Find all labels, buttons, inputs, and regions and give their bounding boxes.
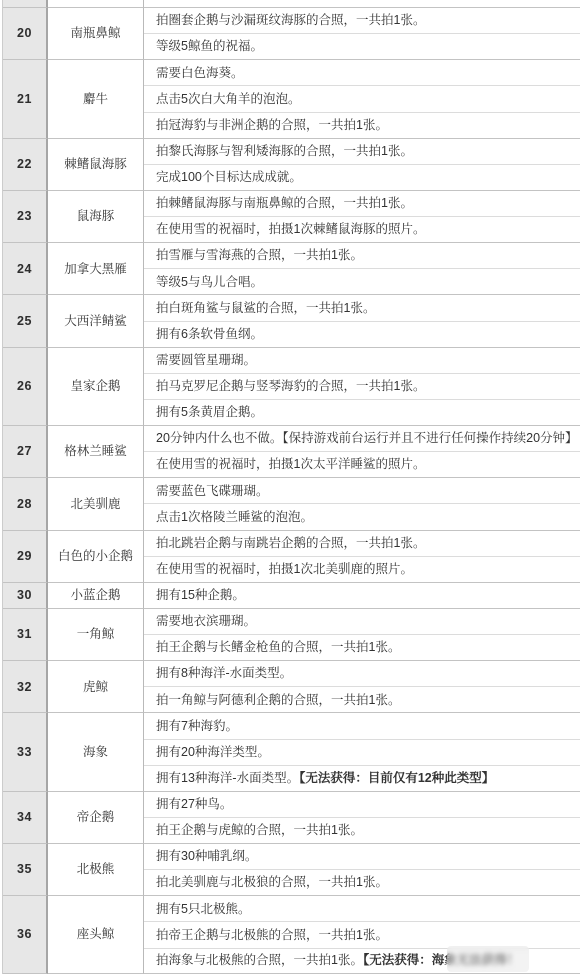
table-row: 24 加拿大黑雁 拍雪雁与雪海燕的合照，一共拍1张。 bbox=[3, 242, 580, 268]
table-row: 29 白色的小企鹅 拍北跳岩企鹅与南跳岩企鹅的合照，一共拍1张。 bbox=[3, 530, 580, 556]
task-cell: 拍帝王企鹅与北极熊的合照，一共拍1张。 bbox=[144, 921, 580, 947]
task-cell: 拍冠海豹与非洲企鹅的合照，一共拍1张。 bbox=[144, 112, 580, 138]
animal-name-cell bbox=[48, 0, 144, 7]
task-text: 拍马克罗尼企鹅与竖琴海豹的合照，一共拍1张。 bbox=[156, 379, 425, 393]
task-cell: 需要圆管星珊瑚。 bbox=[144, 347, 580, 373]
task-text: 拍棘鳍鼠海豚与南瓶鼻鲸的合照，一共拍1张。 bbox=[156, 196, 413, 210]
task-cell: 拍圈套企鹅与沙漏斑纹海豚的合照，一共拍1张。 bbox=[144, 7, 580, 33]
task-text: 需要圆管星珊瑚。 bbox=[156, 353, 256, 367]
task-cell: 需要白色海葵。 bbox=[144, 59, 580, 85]
table-row: 32 虎鲸 拥有8种海洋-水面类型。 bbox=[3, 660, 580, 686]
animal-name-cell: 北美驯鹿 bbox=[48, 477, 144, 529]
task-text: 完成100个目标达成成就。 bbox=[156, 170, 302, 184]
task-text: 在使用雪的祝福时，拍摄1次棘鳍鼠海豚的照片。 bbox=[156, 222, 425, 236]
task-text: 拍白斑角鲨与鼠鲨的合照，一共拍1张。 bbox=[156, 301, 375, 315]
row-number-cell: 36 bbox=[3, 895, 48, 973]
task-cell: 拥有6条软骨鱼纲。 bbox=[144, 321, 580, 347]
animal-name-cell: 皇家企鹅 bbox=[48, 347, 144, 425]
row-number-cell: 34 bbox=[3, 791, 48, 843]
achievements-table: 20 南瓶鼻鲸 拍圈套企鹅与沙漏斑纹海豚的合照，一共拍1张。 等级5鲸鱼的祝福。… bbox=[2, 0, 580, 974]
task-cell: 在使用雪的祝福时，拍摄1次棘鳍鼠海豚的照片。 bbox=[144, 216, 580, 242]
task-cell bbox=[144, 0, 580, 7]
task-cell: 拍王企鹅与长鳍金枪鱼的合照，一共拍1张。 bbox=[144, 634, 580, 660]
task-cell: 拍海象与北极熊的合照，一共拍1张。【无法获得：海象无法获得！ bbox=[144, 948, 580, 974]
table-row: 21 麝牛 需要白色海葵。 bbox=[3, 59, 580, 85]
task-cell: 在使用雪的祝福时，拍摄1次北美驯鹿的照片。 bbox=[144, 556, 580, 582]
row-number-cell: 27 bbox=[3, 425, 48, 477]
task-cell: 拥有30种哺乳纲。 bbox=[144, 843, 580, 869]
task-text: 拍北跳岩企鹅与南跳岩企鹅的合照，一共拍1张。 bbox=[156, 536, 425, 550]
table-row: 31 一角鲸 需要地衣滨珊瑚。 bbox=[3, 608, 580, 634]
task-text: 拍一角鲸与阿德利企鹅的合照，一共拍1张。 bbox=[156, 693, 400, 707]
animal-name-cell: 北极熊 bbox=[48, 843, 144, 895]
task-text: 等级5与鸟儿合唱。 bbox=[156, 275, 263, 289]
task-cell: 拍白斑角鲨与鼠鲨的合照，一共拍1张。 bbox=[144, 294, 580, 320]
task-cell: 完成100个目标达成成就。 bbox=[144, 164, 580, 190]
row-number-cell: 22 bbox=[3, 138, 48, 190]
task-cell: 拥有5只北极熊。 bbox=[144, 895, 580, 921]
row-number-cell: 21 bbox=[3, 59, 48, 137]
table-row: 20 南瓶鼻鲸 拍圈套企鹅与沙漏斑纹海豚的合照，一共拍1张。 bbox=[3, 7, 580, 33]
task-cell: 拍北跳岩企鹅与南跳岩企鹅的合照，一共拍1张。 bbox=[144, 530, 580, 556]
animal-name-cell: 白色的小企鹅 bbox=[48, 530, 144, 582]
row-number-cell: 33 bbox=[3, 712, 48, 790]
task-text: 拥有6条软骨鱼纲。 bbox=[156, 327, 263, 341]
animal-name-cell: 小蓝企鹅 bbox=[48, 582, 144, 608]
animal-name-cell: 帝企鹅 bbox=[48, 791, 144, 843]
animal-name-cell: 海象 bbox=[48, 712, 144, 790]
task-text: 在使用雪的祝福时，拍摄1次太平洋睡鲨的照片。 bbox=[156, 457, 425, 471]
task-cell: 拥有5条黄眉企鹅。 bbox=[144, 399, 580, 425]
task-text: 拥有30种哺乳纲。 bbox=[156, 849, 257, 863]
animal-name-cell: 棘鳍鼠海豚 bbox=[48, 138, 144, 190]
row-number-cell: 24 bbox=[3, 242, 48, 294]
task-text: 拥有27种鸟。 bbox=[156, 797, 232, 811]
task-cell: 拥有15种企鹅。 bbox=[144, 582, 580, 608]
task-cell: 点击1次格陵兰睡鲨的泡泡。 bbox=[144, 503, 580, 529]
table-row: 25 大西洋鲭鲨 拍白斑角鲨与鼠鲨的合照，一共拍1张。 bbox=[3, 294, 580, 320]
task-cell: 拍雪雁与雪海燕的合照，一共拍1张。 bbox=[144, 242, 580, 268]
task-cell: 拍棘鳍鼠海豚与南瓶鼻鲸的合照，一共拍1张。 bbox=[144, 190, 580, 216]
task-cell: 拥有8种海洋-水面类型。 bbox=[144, 660, 580, 686]
task-text: 拥有8种海洋-水面类型。 bbox=[156, 666, 292, 680]
task-cell: 拍马克罗尼企鹅与竖琴海豹的合照，一共拍1张。 bbox=[144, 373, 580, 399]
row-number-cell: 35 bbox=[3, 843, 48, 895]
table-row: 22 棘鳍鼠海豚 拍黎氏海豚与智利矮海豚的合照，一共拍1张。 bbox=[3, 138, 580, 164]
table-row: 23 鼠海豚 拍棘鳍鼠海豚与南瓶鼻鲸的合照，一共拍1张。 bbox=[3, 190, 580, 216]
task-text: 在使用雪的祝福时，拍摄1次北美驯鹿的照片。 bbox=[156, 562, 413, 576]
table-row-partial bbox=[3, 0, 580, 7]
task-text: 需要蓝色飞碟珊瑚。 bbox=[156, 484, 269, 498]
task-cell: 等级5鲸鱼的祝福。 bbox=[144, 33, 580, 59]
animal-name-cell: 南瓶鼻鲸 bbox=[48, 7, 144, 59]
task-text: 拍圈套企鹅与沙漏斑纹海豚的合照，一共拍1张。 bbox=[156, 13, 425, 27]
task-cell: 需要蓝色飞碟珊瑚。 bbox=[144, 477, 580, 503]
table-row: 34 帝企鹅 拥有27种鸟。 bbox=[3, 791, 580, 817]
task-text: 拍冠海豹与非洲企鹅的合照，一共拍1张。 bbox=[156, 118, 388, 132]
task-text: 拥有15种企鹅。 bbox=[156, 588, 245, 602]
task-cell: 拥有20种海洋类型。 bbox=[144, 739, 580, 765]
task-text: 拍北美驯鹿与北极狼的合照，一共拍1张。 bbox=[156, 875, 388, 889]
animal-name-cell: 格林兰睡鲨 bbox=[48, 425, 144, 477]
task-cell: 拥有7种海豹。 bbox=[144, 712, 580, 738]
task-text: 拍王企鹅与虎鲸的合照，一共拍1张。 bbox=[156, 823, 363, 837]
table-row: 36 座头鲸 拥有5只北极熊。 bbox=[3, 895, 580, 921]
task-cell: 拥有13种海洋-水面类型。【无法获得：目前仅有12种此类型】 bbox=[144, 765, 580, 791]
task-cell: 拍北美驯鹿与北极狼的合照，一共拍1张。 bbox=[144, 869, 580, 895]
unavailable-note: 【无法获得：海象无法获得！ bbox=[363, 953, 519, 967]
table-row: 35 北极熊 拥有30种哺乳纲。 bbox=[3, 843, 580, 869]
task-text: 拥有5条黄眉企鹅。 bbox=[156, 405, 263, 419]
row-number-cell: 30 bbox=[3, 582, 48, 608]
task-cell: 需要地衣滨珊瑚。 bbox=[144, 608, 580, 634]
task-text: 拥有7种海豹。 bbox=[156, 719, 238, 733]
task-cell: 拍王企鹅与虎鲸的合照，一共拍1张。 bbox=[144, 817, 580, 843]
task-text: 点击1次格陵兰睡鲨的泡泡。 bbox=[156, 510, 313, 524]
task-cell: 点击5次白大角羊的泡泡。 bbox=[144, 85, 580, 111]
animal-name-cell: 麝牛 bbox=[48, 59, 144, 137]
animal-name-cell: 大西洋鲭鲨 bbox=[48, 294, 144, 346]
animal-name-cell: 座头鲸 bbox=[48, 895, 144, 973]
row-number-cell: 20 bbox=[3, 7, 48, 59]
task-text: 拥有5只北极熊。 bbox=[156, 902, 250, 916]
row-number-cell: 28 bbox=[3, 477, 48, 529]
task-text: 拍雪雁与雪海燕的合照，一共拍1张。 bbox=[156, 248, 363, 262]
table-row: 28 北美驯鹿 需要蓝色飞碟珊瑚。 bbox=[3, 477, 580, 503]
table-row: 30 小蓝企鹅 拥有15种企鹅。 bbox=[3, 582, 580, 608]
table-row: 27 格林兰睡鲨 20分钟内什么也不做。【保持游戏前台运行并且不进行任何操作持续… bbox=[3, 425, 580, 451]
task-cell: 拥有27种鸟。 bbox=[144, 791, 580, 817]
task-text: 等级5鲸鱼的祝福。 bbox=[156, 39, 263, 53]
unavailable-note: 【无法获得：目前仅有12种此类型】 bbox=[299, 771, 494, 785]
task-text: 拍帝王企鹅与北极熊的合照，一共拍1张。 bbox=[156, 928, 388, 942]
task-text: 拍王企鹅与长鳍金枪鱼的合照，一共拍1张。 bbox=[156, 640, 400, 654]
guide-page: 20 南瓶鼻鲸 拍圈套企鹅与沙漏斑纹海豚的合照，一共拍1张。 等级5鲸鱼的祝福。… bbox=[0, 0, 580, 975]
task-cell: 拍黎氏海豚与智利矮海豚的合照，一共拍1张。 bbox=[144, 138, 580, 164]
row-number-cell: 31 bbox=[3, 608, 48, 660]
row-number-cell: 32 bbox=[3, 660, 48, 712]
table-row: 26 皇家企鹅 需要圆管星珊瑚。 bbox=[3, 347, 580, 373]
task-cell: 拍一角鲸与阿德利企鹅的合照，一共拍1张。 bbox=[144, 686, 580, 712]
task-text: 拍海象与北极熊的合照，一共拍1张。 bbox=[156, 953, 363, 967]
row-number-cell: 26 bbox=[3, 347, 48, 425]
task-text: 需要白色海葵。 bbox=[156, 66, 244, 80]
animal-name-cell: 一角鲸 bbox=[48, 608, 144, 660]
table-row: 33 海象 拥有7种海豹。 bbox=[3, 712, 580, 738]
task-text: 20分钟内什么也不做。【保持游戏前台运行并且不进行任何操作持续20分钟】 bbox=[156, 431, 578, 445]
animal-name-cell: 虎鲸 bbox=[48, 660, 144, 712]
task-text: 需要地衣滨珊瑚。 bbox=[156, 614, 256, 628]
task-text: 拥有20种海洋类型。 bbox=[156, 745, 270, 759]
row-number-cell: 29 bbox=[3, 530, 48, 582]
task-cell: 等级5与鸟儿合唱。 bbox=[144, 268, 580, 294]
task-text: 拥有13种海洋-水面类型。 bbox=[156, 771, 299, 785]
row-number-cell bbox=[3, 0, 48, 7]
row-number-cell: 25 bbox=[3, 294, 48, 346]
row-number-cell: 23 bbox=[3, 190, 48, 242]
task-text: 拍黎氏海豚与智利矮海豚的合照，一共拍1张。 bbox=[156, 144, 413, 158]
task-cell: 在使用雪的祝福时，拍摄1次太平洋睡鲨的照片。 bbox=[144, 451, 580, 477]
task-text: 点击5次白大角羊的泡泡。 bbox=[156, 92, 300, 106]
task-cell: 20分钟内什么也不做。【保持游戏前台运行并且不进行任何操作持续20分钟】 bbox=[144, 425, 580, 451]
animal-name-cell: 鼠海豚 bbox=[48, 190, 144, 242]
animal-name-cell: 加拿大黑雁 bbox=[48, 242, 144, 294]
